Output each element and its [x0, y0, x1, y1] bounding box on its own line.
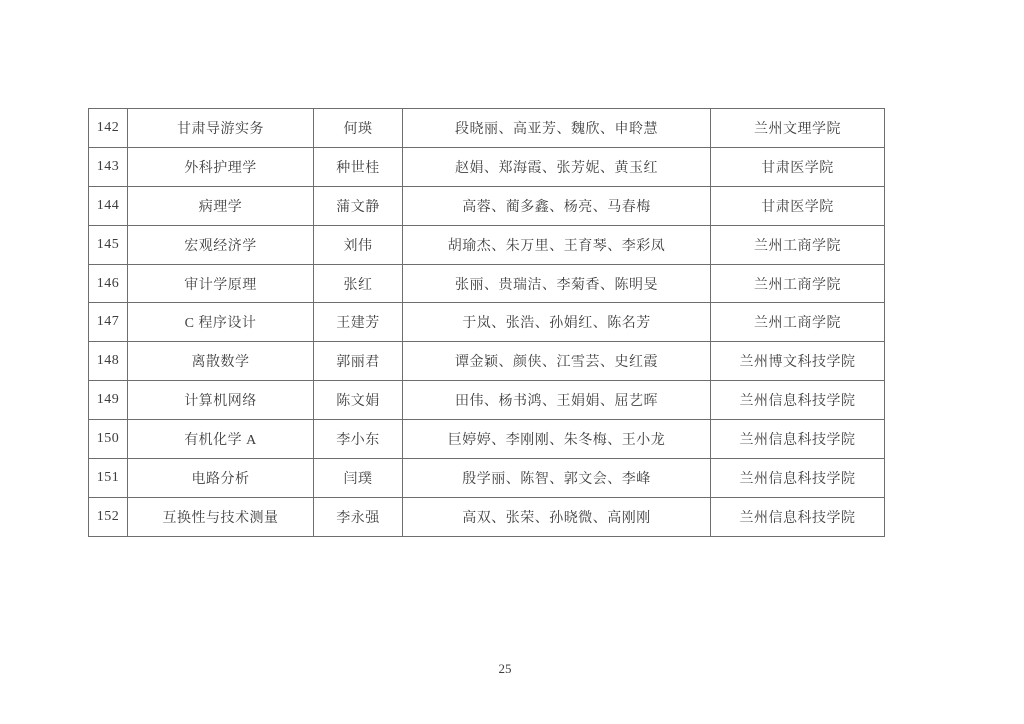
cell-team-members: 胡瑜杰、朱万里、王育琴、李彩凤 — [403, 225, 711, 264]
cell-row-number: 152 — [89, 497, 128, 536]
cell-institution: 兰州工商学院 — [711, 225, 885, 264]
course-roster-table: 142甘肃导游实务何瑛段晓丽、高亚芳、魏欣、申聆慧兰州文理学院143外科护理学种… — [88, 108, 885, 537]
cell-institution: 兰州工商学院 — [711, 303, 885, 342]
table-row: 142甘肃导游实务何瑛段晓丽、高亚芳、魏欣、申聆慧兰州文理学院 — [89, 109, 885, 148]
cell-team-members: 于岚、张浩、孙娟红、陈名芳 — [403, 303, 711, 342]
cell-team-leader: 郭丽君 — [314, 342, 403, 381]
cell-team-leader: 李小东 — [314, 420, 403, 459]
cell-institution: 兰州信息科技学院 — [711, 381, 885, 420]
cell-course-name: 计算机网络 — [128, 381, 314, 420]
cell-course-name: 电路分析 — [128, 459, 314, 498]
cell-course-name: 病理学 — [128, 186, 314, 225]
table-row: 149计算机网络陈文娟田伟、杨书鸿、王娟娟、屈艺晖兰州信息科技学院 — [89, 381, 885, 420]
cell-institution: 兰州信息科技学院 — [711, 459, 885, 498]
cell-team-leader: 李永强 — [314, 497, 403, 536]
cell-institution: 兰州文理学院 — [711, 109, 885, 148]
cell-team-leader: 闫璞 — [314, 459, 403, 498]
cell-course-name: 甘肃导游实务 — [128, 109, 314, 148]
cell-row-number: 150 — [89, 420, 128, 459]
cell-institution: 甘肃医学院 — [711, 186, 885, 225]
cell-institution: 兰州工商学院 — [711, 264, 885, 303]
cell-team-members: 殷学丽、陈智、郭文会、李峰 — [403, 459, 711, 498]
cell-institution: 兰州博文科技学院 — [711, 342, 885, 381]
table-row: 150有机化学 A李小东巨婷婷、李刚刚、朱冬梅、王小龙兰州信息科技学院 — [89, 420, 885, 459]
cell-course-name: 有机化学 A — [128, 420, 314, 459]
document-page: 142甘肃导游实务何瑛段晓丽、高亚芳、魏欣、申聆慧兰州文理学院143外科护理学种… — [0, 0, 1024, 724]
cell-row-number: 145 — [89, 225, 128, 264]
page-number: 25 — [0, 661, 1010, 677]
cell-institution: 兰州信息科技学院 — [711, 420, 885, 459]
cell-team-leader: 王建芳 — [314, 303, 403, 342]
cell-team-members: 赵娟、郑海霞、张芳妮、黄玉红 — [403, 147, 711, 186]
cell-team-leader: 刘伟 — [314, 225, 403, 264]
cell-row-number: 149 — [89, 381, 128, 420]
cell-team-leader: 蒲文静 — [314, 186, 403, 225]
cell-team-members: 巨婷婷、李刚刚、朱冬梅、王小龙 — [403, 420, 711, 459]
cell-course-name: 离散数学 — [128, 342, 314, 381]
cell-institution: 甘肃医学院 — [711, 147, 885, 186]
table-row: 146审计学原理张红张丽、贵瑞洁、李菊香、陈明旻兰州工商学院 — [89, 264, 885, 303]
cell-row-number: 151 — [89, 459, 128, 498]
cell-team-leader: 种世桂 — [314, 147, 403, 186]
cell-row-number: 148 — [89, 342, 128, 381]
cell-course-name: 外科护理学 — [128, 147, 314, 186]
cell-course-name: 互换性与技术测量 — [128, 497, 314, 536]
cell-course-name: C 程序设计 — [128, 303, 314, 342]
table-row: 151电路分析闫璞殷学丽、陈智、郭文会、李峰兰州信息科技学院 — [89, 459, 885, 498]
cell-team-members: 段晓丽、高亚芳、魏欣、申聆慧 — [403, 109, 711, 148]
cell-course-name: 审计学原理 — [128, 264, 314, 303]
cell-team-leader: 何瑛 — [314, 109, 403, 148]
table-row: 144病理学蒲文静高蓉、蔺多鑫、杨亮、马春梅甘肃医学院 — [89, 186, 885, 225]
cell-course-name: 宏观经济学 — [128, 225, 314, 264]
table-row: 147C 程序设计王建芳于岚、张浩、孙娟红、陈名芳兰州工商学院 — [89, 303, 885, 342]
cell-team-leader: 张红 — [314, 264, 403, 303]
cell-team-members: 高双、张荣、孙晓微、高刚刚 — [403, 497, 711, 536]
cell-row-number: 147 — [89, 303, 128, 342]
cell-institution: 兰州信息科技学院 — [711, 497, 885, 536]
cell-row-number: 146 — [89, 264, 128, 303]
table-row: 148离散数学郭丽君谭金颖、颜侠、江雪芸、史红霞兰州博文科技学院 — [89, 342, 885, 381]
cell-row-number: 143 — [89, 147, 128, 186]
cell-team-members: 田伟、杨书鸿、王娟娟、屈艺晖 — [403, 381, 711, 420]
cell-team-members: 谭金颖、颜侠、江雪芸、史红霞 — [403, 342, 711, 381]
cell-team-members: 高蓉、蔺多鑫、杨亮、马春梅 — [403, 186, 711, 225]
cell-team-leader: 陈文娟 — [314, 381, 403, 420]
cell-team-members: 张丽、贵瑞洁、李菊香、陈明旻 — [403, 264, 711, 303]
table-row: 152互换性与技术测量李永强高双、张荣、孙晓微、高刚刚兰州信息科技学院 — [89, 497, 885, 536]
cell-row-number: 144 — [89, 186, 128, 225]
table-row: 145宏观经济学刘伟胡瑜杰、朱万里、王育琴、李彩凤兰州工商学院 — [89, 225, 885, 264]
table-row: 143外科护理学种世桂赵娟、郑海霞、张芳妮、黄玉红甘肃医学院 — [89, 147, 885, 186]
cell-row-number: 142 — [89, 109, 128, 148]
